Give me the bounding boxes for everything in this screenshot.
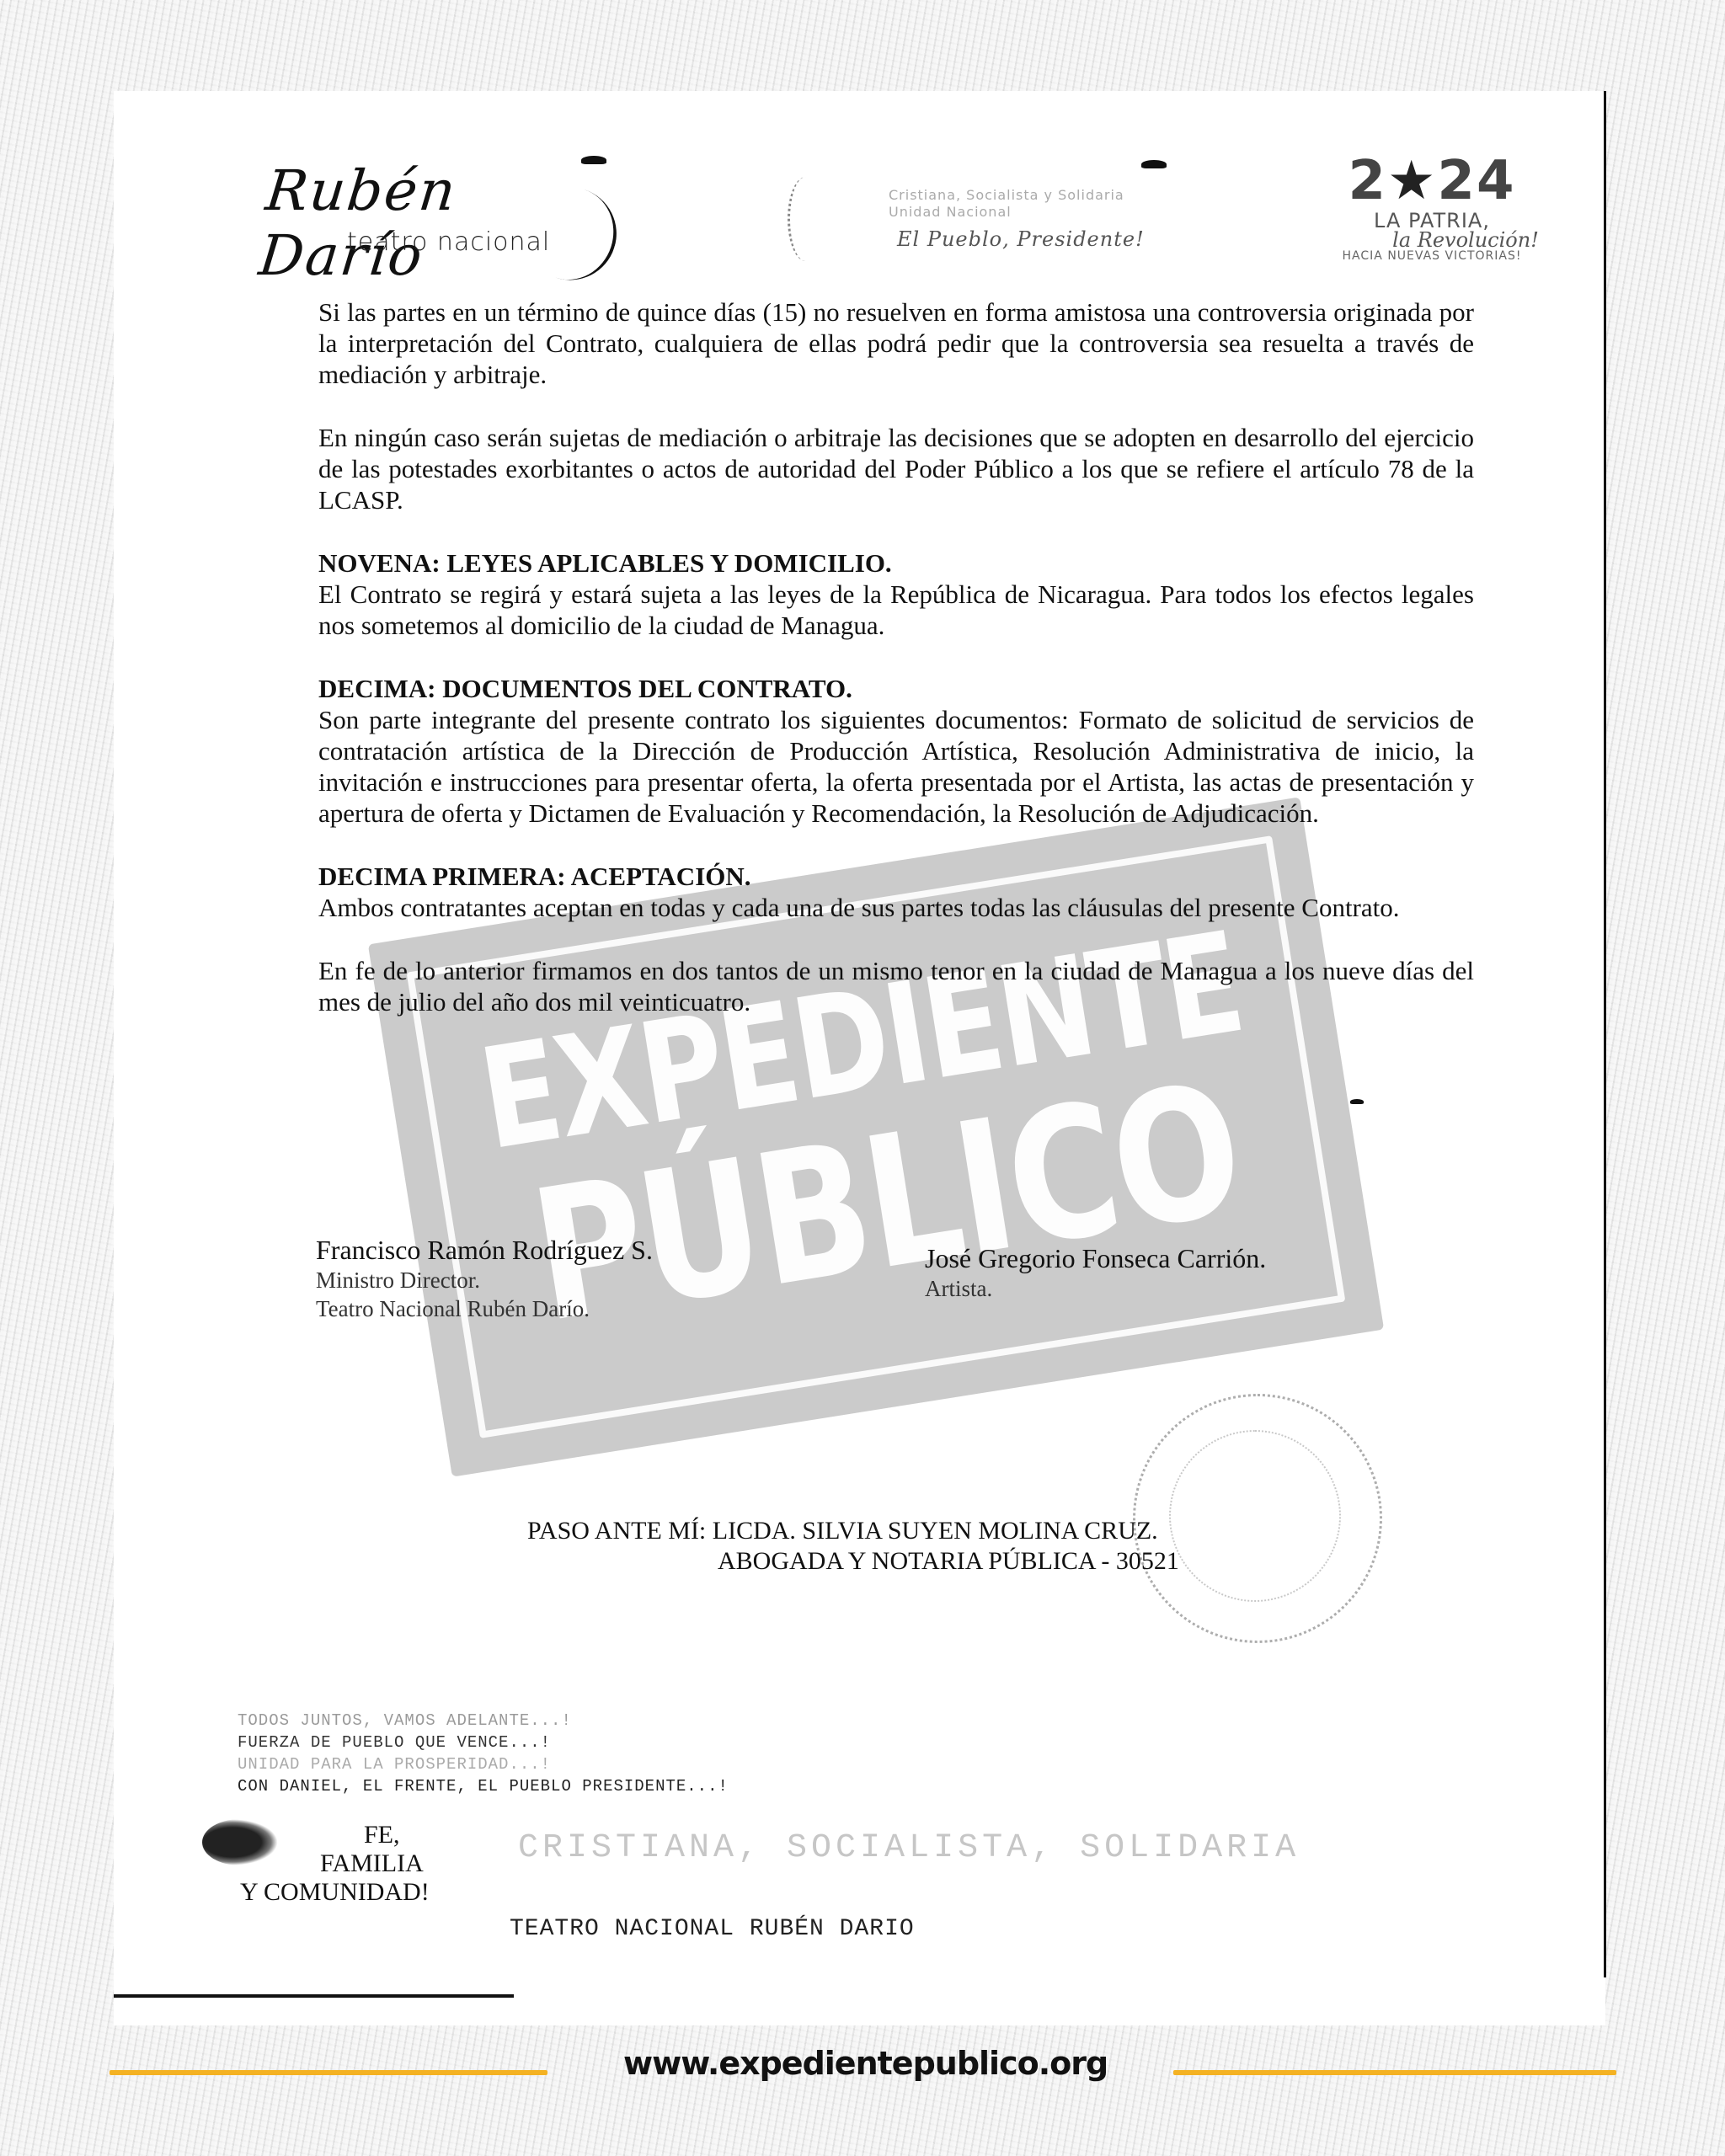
fe-familia-comunidad-logo: FE, FAMILIA Y COMUNIDAD! — [202, 1819, 505, 1920]
clause-text: Son parte integrante del presente contra… — [318, 704, 1474, 829]
clause-heading: NOVENA: LEYES APLICABLES Y DOMICILIO. — [318, 547, 1474, 579]
clause-decima-primera: DECIMA PRIMERA: ACEPTACIÓN. Ambos contra… — [318, 861, 1474, 923]
seal-icon — [788, 177, 824, 261]
institution-name: TEATRO NACIONAL RUBÉN DARIO — [510, 1916, 915, 1942]
paragraph-dispute: Si las partes en un término de quince dí… — [318, 296, 1474, 390]
footer-accent-right — [1173, 2070, 1616, 2075]
slogan-list: TODOS JUNTOS, VAMOS ADELANTE...! FUERZA … — [238, 1710, 729, 1797]
slogan: TODOS JUNTOS, VAMOS ADELANTE...! — [238, 1710, 729, 1732]
signer-name: Francisco Ramón Rodríguez S. — [316, 1234, 653, 1266]
star-icon: ★ — [1387, 150, 1437, 212]
scan-mark-icon — [1141, 160, 1167, 168]
notary-line-2: ABOGADA Y NOTARIA PÚBLICA - 30521 — [527, 1546, 1179, 1577]
faded-slogan: CRISTIANA, SOCIALISTA, SOLIDARIA — [518, 1829, 1300, 1867]
clause-text: Ambos contratantes aceptan en todas y ca… — [318, 892, 1474, 923]
seal-small-text: Cristiana, Socialista y Solidaria Unidad… — [889, 187, 1124, 221]
flag-icon — [202, 1819, 278, 1865]
clause-decima: DECIMA: DOCUMENTOS DEL CONTRATO. Son par… — [318, 673, 1474, 829]
seal-motto: El Pueblo, Presidente! — [897, 227, 1145, 251]
logo-subtitle: teatro nacional — [347, 227, 550, 257]
clause-heading: DECIMA PRIMERA: ACEPTACIÓN. — [318, 861, 1474, 892]
signer-role: Artista. — [925, 1274, 1266, 1303]
logo-line-3: HACIA NUEVAS VICTORIAS! — [1310, 249, 1554, 263]
contract-body: Si las partes en un término de quince dí… — [318, 296, 1474, 1049]
scan-mark-icon — [581, 156, 606, 164]
logo-line-2: la Revolución! — [1377, 231, 1554, 249]
clause-text: El Contrato se regirá y estará sujeta a … — [318, 579, 1474, 641]
logo-2024: 2★24 LA PATRIA, la Revolución! HACIA NUE… — [1310, 152, 1554, 278]
slogan: CON DANIEL, EL FRENTE, EL PUEBLO PRESIDE… — [238, 1775, 729, 1797]
signature-block-artist: José Gregorio Fonseca Carrión. Artista. — [925, 1242, 1266, 1303]
paragraph-exclusions: En ningún caso serán sujetas de mediació… — [318, 422, 1474, 515]
divider-rule — [114, 1994, 514, 1998]
signer-institution: Teatro Nacional Rubén Darío. — [316, 1294, 653, 1323]
signature-block-director: Francisco Ramón Rodríguez S. Ministro Di… — [316, 1234, 653, 1323]
closing-paragraph: En fe de lo anterior firmamos en dos tan… — [318, 955, 1474, 1017]
slogan: FUERZA DE PUEBLO QUE VENCE...! — [238, 1732, 729, 1753]
logo-year: 2★24 — [1310, 152, 1554, 211]
slogan: UNIDAD PARA LA PROSPERIDAD...! — [238, 1753, 729, 1775]
footer-url-link[interactable]: www.expedientepublico.org — [623, 2045, 1103, 2082]
signer-name: José Gregorio Fonseca Carrión. — [925, 1242, 1266, 1274]
signer-role: Ministro Director. — [316, 1266, 653, 1294]
notary-line-1: PASO ANTE MÍ: LICDA. SILVIA SUYEN MOLINA… — [527, 1516, 1179, 1546]
clause-novena: NOVENA: LEYES APLICABLES Y DOMICILIO. El… — [318, 547, 1474, 641]
government-seal-logo: Cristiana, Socialista y Solidaria Unidad… — [788, 177, 1209, 269]
clause-heading: DECIMA: DOCUMENTOS DEL CONTRATO. — [318, 673, 1474, 704]
notary-attestation: PASO ANTE MÍ: LICDA. SILVIA SUYEN MOLINA… — [527, 1516, 1179, 1577]
scan-edge-rule — [1604, 91, 1606, 1977]
footer-accent-left — [109, 2070, 547, 2075]
teatro-nacional-logo: Rubén Darío teatro nacional — [263, 158, 617, 285]
scan-mark-icon — [1350, 1099, 1364, 1104]
